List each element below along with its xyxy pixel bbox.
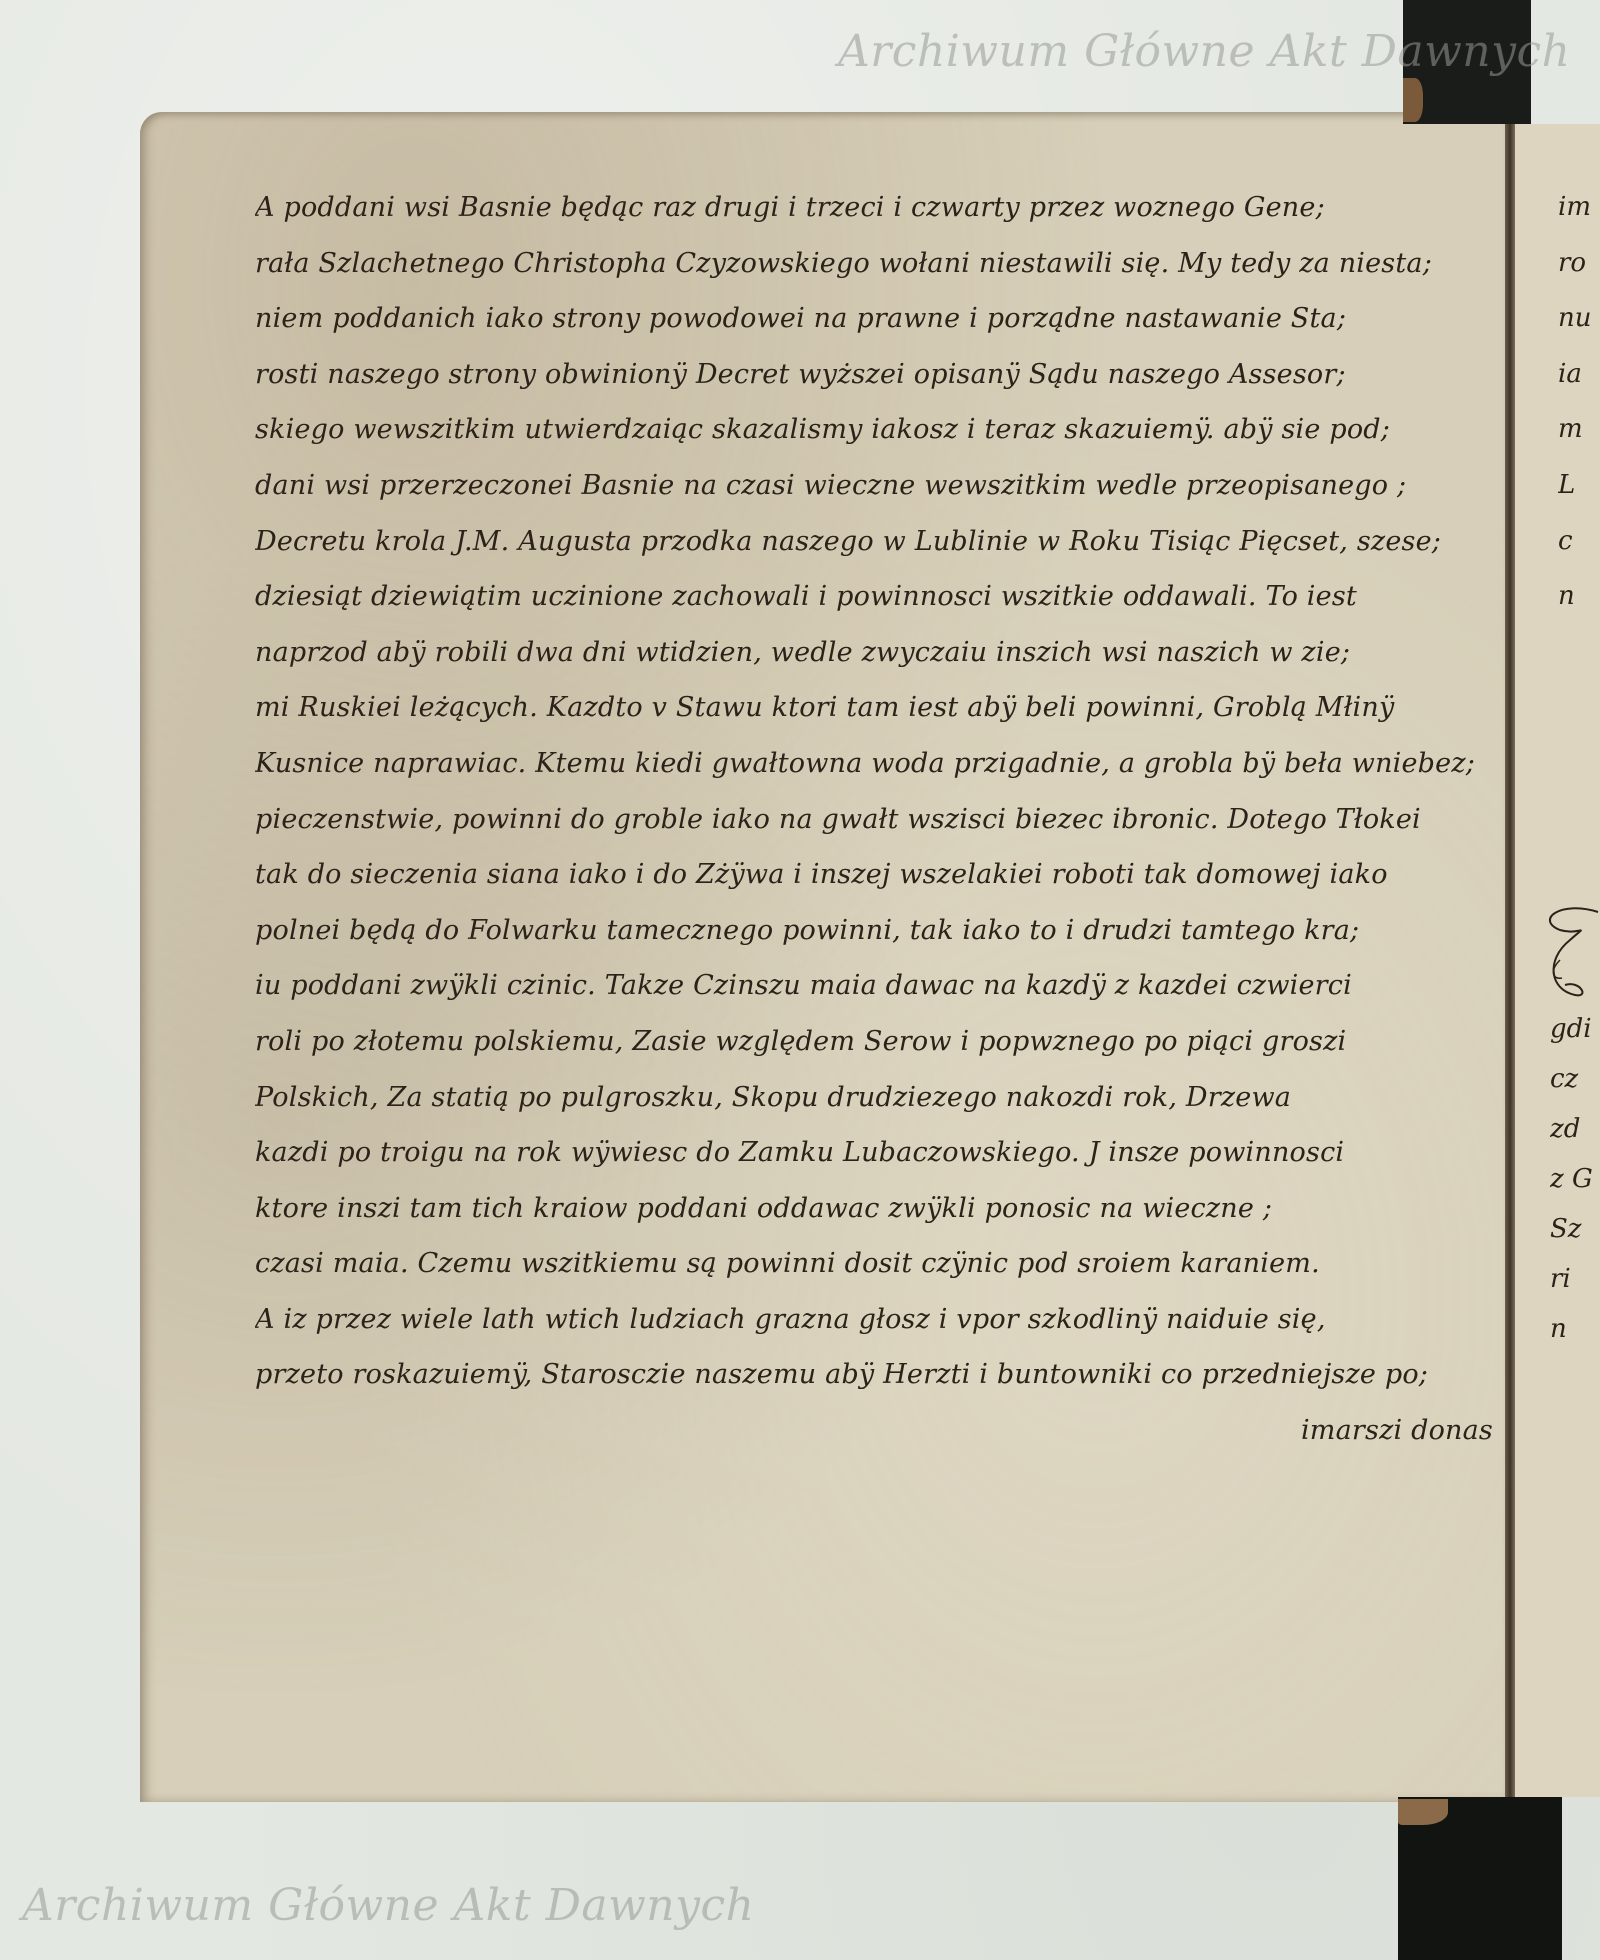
right-page-fragment: m — [1558, 402, 1600, 458]
manuscript-line: roli po złotemu polskiemu, Zasie względe… — [255, 1014, 1495, 1070]
manuscript-line: ktore inszi tam tich kraiow poddani odda… — [255, 1181, 1495, 1237]
right-page-fragment: im — [1558, 180, 1600, 236]
right-page-fragment: zd — [1550, 1104, 1600, 1154]
right-page-fragment: ro — [1558, 236, 1600, 292]
manuscript-line: skiego wewszitkim utwierdzaiąc skazalism… — [255, 402, 1495, 458]
spine-stain — [1403, 78, 1423, 122]
manuscript-line: rosti naszego strony obwinionÿ Decret wy… — [255, 347, 1495, 403]
manuscript-line: A iz przez wiele lath wtich ludziach gra… — [255, 1292, 1495, 1348]
right-page-fragment: n — [1558, 569, 1600, 625]
manuscript-line: Polskich, Za statią po pulgroszku, Skopu… — [255, 1070, 1495, 1126]
manuscript-line: naprzod abÿ robili dwa dni wtidzien, wed… — [255, 625, 1495, 681]
manuscript-line: kazdi po troigu na rok wÿwiesc do Zamku … — [255, 1125, 1495, 1181]
manuscript-line: mi Ruskiei leżących. Kazdto v Stawu ktor… — [255, 680, 1495, 736]
manuscript-line: dani wsi przerzeczonei Basnie na czasi w… — [255, 458, 1495, 514]
page-gutter — [1505, 124, 1515, 1799]
manuscript-line: polnei będą do Folwarku tamecznego powin… — [255, 903, 1495, 959]
right-page-text-top: im ro nu ia m L c n — [1558, 180, 1600, 625]
right-page-fragment: gdi — [1550, 1004, 1600, 1054]
archive-watermark-top: Archiwum Główne Akt Dawnych — [838, 26, 1570, 77]
manuscript-line: niem poddanich iako strony powodowei na … — [255, 291, 1495, 347]
manuscript-line: pieczenstwie, powinni do groble iako na … — [255, 792, 1495, 848]
right-page-text-bottom: gdi cz zd z G Sz ri n — [1550, 1004, 1600, 1354]
right-page-fragment: z G — [1550, 1154, 1600, 1204]
manuscript-line: rała Szlachetnego Christopha Czyzowskieg… — [255, 236, 1495, 292]
right-page-fragment: ia — [1558, 347, 1600, 403]
right-page-fragment: L — [1558, 458, 1600, 514]
right-page-fragment: ri — [1550, 1254, 1600, 1304]
manuscript-line: Kusnice naprawiac. Ktemu kiedi gwałtowna… — [255, 736, 1495, 792]
manuscript-line: Decretu krola J.M. Augusta przodka nasze… — [255, 514, 1495, 570]
manuscript-line: dziesiąt dziewiątim uczinione zachowali … — [255, 569, 1495, 625]
binding-spine-bottom — [1398, 1797, 1562, 1960]
archive-watermark-bottom: Archiwum Główne Akt Dawnych — [22, 1880, 754, 1931]
right-page-fragment: cz — [1550, 1054, 1600, 1104]
manuscript-line: A poddani wsi Basnie będąc raz drugi i t… — [255, 180, 1495, 236]
manuscript-text: A poddani wsi Basnie będąc raz drugi i t… — [255, 180, 1495, 1459]
catchword: imarszi donas — [255, 1403, 1495, 1459]
right-page-fragment: n — [1550, 1304, 1600, 1354]
spine-stain — [1398, 1799, 1448, 1825]
right-page-fragment: nu — [1558, 291, 1600, 347]
manuscript-line: iu poddani zwÿkli czinic. Takze Czinszu … — [255, 958, 1495, 1014]
right-page-fragment: c — [1558, 514, 1600, 570]
right-page-fragment: Sz — [1550, 1204, 1600, 1254]
manuscript-line: przeto roskazuiemÿ, Starosczie naszemu a… — [255, 1347, 1495, 1403]
manuscript-line: tak do sieczenia siana iako i do Zżÿwa i… — [255, 847, 1495, 903]
manuscript-line: czasi maia. Czemu wszitkiemu są powinni … — [255, 1236, 1495, 1292]
